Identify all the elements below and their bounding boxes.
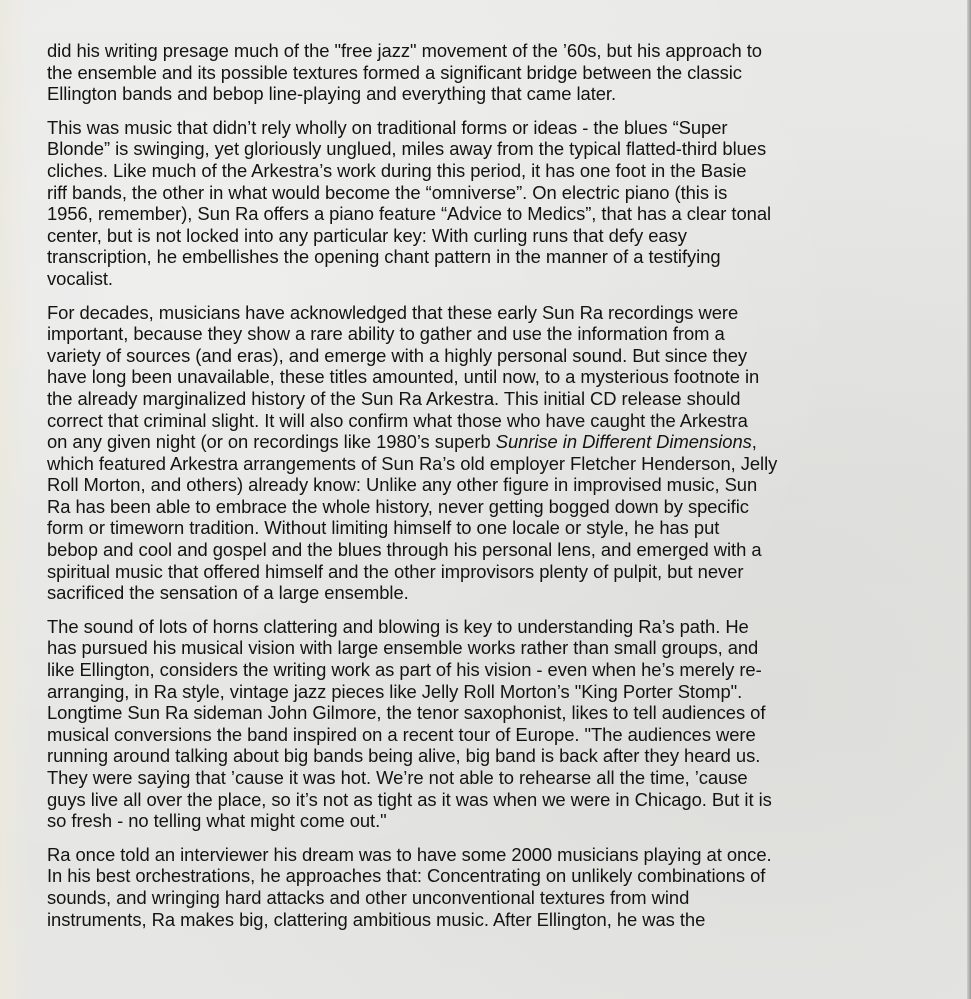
text-line: arranging, in Ra style, vintage jazz pie… (47, 681, 927, 703)
liner-notes-page: did his writing presage much of the "fre… (0, 0, 971, 999)
text-line: so fresh - no telling what might come ou… (47, 810, 927, 832)
text-line: did his writing presage much of the "fre… (47, 40, 927, 62)
text-line: In his best orchestrations, he approache… (47, 865, 927, 887)
text-line: center, but is not locked into any parti… (47, 225, 927, 247)
text-line: They were saying that ’cause it was hot.… (47, 767, 927, 789)
text-line: like Ellington, considers the writing wo… (47, 659, 927, 681)
text-line: have long been unavailable, these titles… (47, 366, 927, 388)
text-line: the ensemble and its possible textures f… (47, 62, 927, 84)
text-line: correct that criminal slight. It will al… (47, 410, 927, 432)
paragraph-horns-clattering: The sound of lots of horns clattering an… (47, 616, 927, 832)
text-line: which featured Arkestra arrangements of … (47, 453, 927, 475)
text-line: has pursued his musical vision with larg… (47, 637, 927, 659)
text-line: important, because they show a rare abil… (47, 323, 927, 345)
liner-notes-text: did his writing presage much of the "fre… (47, 40, 927, 942)
paragraph-2000-musicians: Ra once told an interviewer his dream wa… (47, 844, 927, 930)
text-line: riff bands, the other in what would beco… (47, 182, 927, 204)
text-line: Ellington bands and bebop line-playing a… (47, 83, 927, 105)
text-line: This was music that didn’t rely wholly o… (47, 117, 927, 139)
text-line: Ra has been able to embrace the whole hi… (47, 496, 927, 518)
text-line: For decades, musicians have acknowledged… (47, 302, 927, 324)
text-line: the already marginalized history of the … (47, 388, 927, 410)
text-line: bebop and cool and gospel and the blues … (47, 539, 927, 561)
paragraph-super-blonde: This was music that didn’t rely wholly o… (47, 117, 927, 290)
text-line: guys live all over the place, so it’s no… (47, 789, 927, 811)
text-line: musical conversions the band inspired on… (47, 724, 927, 746)
text-line: Blonde” is swinging, yet gloriously ungl… (47, 138, 927, 160)
text-line: cliches. Like much of the Arkestra’s wor… (47, 160, 927, 182)
text-line: Roll Morton, and others) already know: U… (47, 474, 927, 496)
text-line: vocalist. (47, 268, 927, 290)
text-line: 1956, remember), Sun Ra offers a piano f… (47, 203, 927, 225)
text-line: form or timeworn tradition. Without limi… (47, 517, 927, 539)
paragraph-early-recordings: For decades, musicians have acknowledged… (47, 302, 927, 604)
page-left-edge (0, 0, 30, 999)
text-line: instruments, Ra makes big, clattering am… (47, 909, 927, 931)
text-line: running around talking about big bands b… (47, 745, 927, 767)
album-title: Sunrise in Different Dimensions (496, 431, 752, 452)
text-line: spiritual music that offered himself and… (47, 561, 927, 583)
text-line: Longtime Sun Ra sideman John Gilmore, th… (47, 702, 927, 724)
page-right-edge-shadow (967, 0, 971, 999)
text-line: on any given night (or on recordings lik… (47, 431, 927, 453)
text-line: sacrificed the sensation of a large ense… (47, 582, 927, 604)
text-line: The sound of lots of horns clattering an… (47, 616, 927, 638)
text-line: Ra once told an interviewer his dream wa… (47, 844, 927, 866)
text-line: transcription, he embellishes the openin… (47, 246, 927, 268)
paragraph-free-jazz-bridge: did his writing presage much of the "fre… (47, 40, 927, 105)
text-line: variety of sources (and eras), and emerg… (47, 345, 927, 367)
text-line: sounds, and wringing hard attacks and ot… (47, 887, 927, 909)
